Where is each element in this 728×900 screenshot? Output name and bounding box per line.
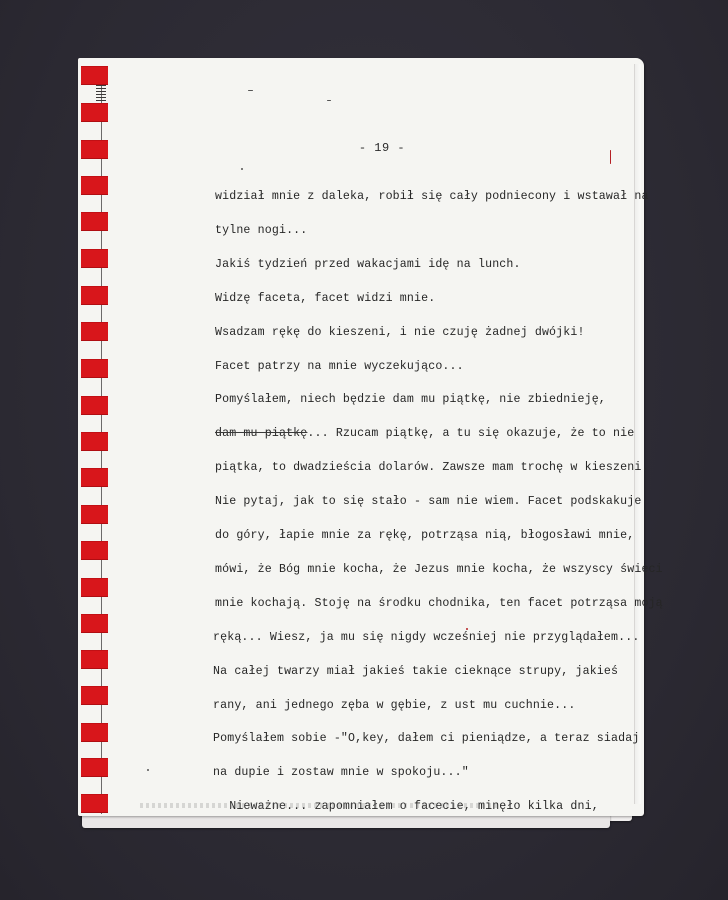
binding-clip bbox=[81, 578, 108, 597]
line-text: tylne nogi... bbox=[215, 224, 307, 237]
text-line: piątka, to dwadzieścia dolarów. Zawsze m… bbox=[215, 461, 649, 475]
binding-clip bbox=[81, 686, 108, 705]
line-text: mówi, że Bóg mnie kocha, że Jezus mnie k… bbox=[215, 563, 663, 576]
text-line: Widzę faceta, facet widzi mnie. bbox=[215, 292, 435, 306]
text-line: tylne nogi... bbox=[215, 224, 307, 238]
binding-clip bbox=[81, 359, 108, 378]
text-line: widział mnie z daleka, robił się cały po… bbox=[215, 190, 649, 204]
line-text: Jakiś tydzień przed wakacjami idę na lun… bbox=[215, 258, 521, 271]
line-text: Widzę faceta, facet widzi mnie. bbox=[215, 292, 435, 305]
binding-clip bbox=[81, 176, 108, 195]
binding-clip bbox=[81, 322, 108, 341]
binding-clip bbox=[81, 249, 108, 268]
text-line: Pomyślałem sobie -"O,key, dałem ci pieni… bbox=[213, 732, 639, 746]
binding-clip bbox=[81, 66, 108, 85]
text-line: Na całej twarzy miał jakieś takie ciekną… bbox=[213, 665, 618, 679]
text-line: Jakiś tydzień przed wakacjami idę na lun… bbox=[215, 258, 521, 272]
scan-speck bbox=[327, 100, 331, 101]
binding-clip bbox=[81, 286, 108, 305]
text-line: ręką... Wiesz, ja mu się nigdy wcześniej… bbox=[213, 631, 639, 645]
text-line: mnie kochają. Stoję na środku chodnika, … bbox=[215, 597, 663, 611]
text-line: mówi, że Bóg mnie kocha, że Jezus mnie k… bbox=[215, 563, 663, 577]
binding-clip bbox=[81, 723, 108, 742]
line-text: ... Rzucam piątkę, a tu się okazuje, że … bbox=[307, 427, 634, 440]
binding-teeth bbox=[96, 85, 106, 103]
text-line: Pomyślałem, niech będzie dam mu piątkę, … bbox=[215, 393, 606, 407]
scan-speck bbox=[147, 769, 149, 771]
text-line: dam mu piątkę... Rzucam piątkę, a tu się… bbox=[215, 427, 634, 441]
line-text: Facet patrzy na mnie wyczekująco... bbox=[215, 360, 464, 373]
page-number: - 19 - bbox=[0, 141, 728, 155]
binding-clip bbox=[81, 650, 108, 669]
line-text: ręką... Wiesz, ja mu się nigdy wcześniej… bbox=[213, 631, 639, 644]
line-text: piątka, to dwadzieścia dolarów. Zawsze m… bbox=[215, 461, 649, 474]
page-edge bbox=[634, 64, 641, 804]
scan-speck bbox=[248, 90, 253, 91]
binding-clip bbox=[81, 758, 108, 777]
binding-clip bbox=[81, 103, 108, 122]
line-text: Wsadzam rękę do kieszeni, i nie czuję ża… bbox=[215, 326, 585, 339]
binding-clip bbox=[81, 396, 108, 415]
line-text: na dupie i zostaw mnie w spokoju..." bbox=[213, 766, 469, 779]
line-text: Pomyślałem, niech będzie dam mu piątkę, … bbox=[215, 393, 606, 406]
line-text: mnie kochają. Stoję na środku chodnika, … bbox=[215, 597, 663, 610]
scan-speck bbox=[241, 168, 243, 170]
line-text: Na całej twarzy miał jakieś takie ciekną… bbox=[213, 665, 618, 678]
line-text: Nie pytaj, jak to się stało - sam nie wi… bbox=[215, 495, 641, 508]
binding-clip bbox=[81, 212, 108, 231]
bleed-through-text bbox=[140, 803, 500, 808]
binding-clip bbox=[81, 505, 108, 524]
line-text: do góry, łapie mnie za rękę, potrząsa ni… bbox=[215, 529, 634, 542]
binding-clip bbox=[81, 432, 108, 451]
text-line: rany, ani jednego zęba w gębie, z ust mu… bbox=[213, 699, 575, 713]
binding-clip bbox=[81, 614, 108, 633]
line-text: rany, ani jednego zęba w gębie, z ust mu… bbox=[213, 699, 575, 712]
text-line: Facet patrzy na mnie wyczekująco... bbox=[215, 360, 464, 374]
text-line: na dupie i zostaw mnie w spokoju..." bbox=[213, 766, 469, 780]
binding-clip bbox=[81, 794, 108, 813]
binding-clip bbox=[81, 468, 108, 487]
binding-clip bbox=[81, 541, 108, 560]
text-line: Wsadzam rękę do kieszeni, i nie czuję ża… bbox=[215, 326, 585, 340]
line-text: Pomyślałem sobie -"O,key, dałem ci pieni… bbox=[213, 732, 639, 745]
struck-text: dam mu piątkę bbox=[215, 427, 307, 440]
scan-speck bbox=[466, 628, 468, 630]
text-line: do góry, łapie mnie za rękę, potrząsa ni… bbox=[215, 529, 634, 543]
text-line: Nie pytaj, jak to się stało - sam nie wi… bbox=[215, 495, 641, 509]
line-text: widział mnie z daleka, robił się cały po… bbox=[215, 190, 649, 203]
